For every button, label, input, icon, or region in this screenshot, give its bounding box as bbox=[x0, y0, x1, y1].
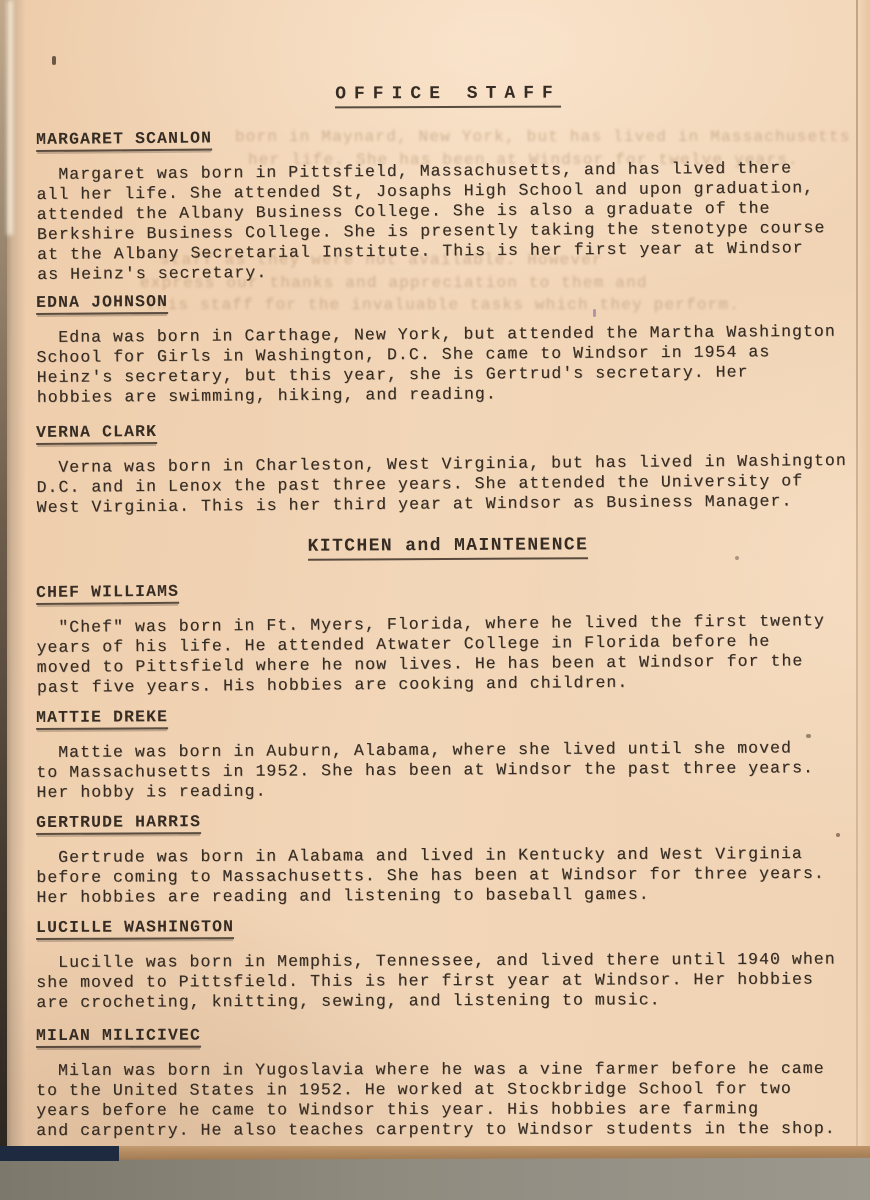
ink-speck bbox=[52, 56, 56, 65]
background-surface bbox=[0, 1157, 870, 1200]
staff-name-text: MATTIE DREKE bbox=[36, 707, 168, 730]
ink-speck bbox=[806, 734, 811, 738]
staff-entry: EDNA JOHNSON Edna was born in Carthage, … bbox=[36, 287, 836, 408]
staff-bio: Lucille was born in Memphis, Tennessee, … bbox=[36, 950, 836, 1013]
staff-entry: LUCILLE WASHINGTON Lucille was born in M… bbox=[36, 915, 836, 1013]
staff-name: MATTIE DREKE bbox=[36, 703, 814, 730]
staff-name-text: LUCILLE WASHINGTON bbox=[36, 917, 234, 940]
staff-bio: "Chef" was born in Ft. Myers, Florida, w… bbox=[36, 611, 825, 698]
staff-name: MARGARET SCANLON bbox=[36, 123, 825, 152]
section-title-text: OFFICE STAFF bbox=[335, 84, 561, 109]
staff-bio: Mattie was born in Auburn, Alabama, wher… bbox=[36, 738, 814, 803]
staff-name-text: EDNA JOHNSON bbox=[36, 292, 168, 315]
scanned-page: born in Maynard, New York, but has lived… bbox=[0, 0, 870, 1146]
staff-name: EDNA JOHNSON bbox=[36, 287, 836, 315]
staff-entry: MATTIE DREKE Mattie was born in Auburn, … bbox=[36, 703, 814, 803]
staff-bio: Edna was born in Carthage, New York, but… bbox=[36, 322, 836, 408]
staff-entry: VERNA CLARK Verna was born in Charleston… bbox=[36, 416, 847, 518]
staff-entry: MILAN MILICIVEC Milan was born in Yugosl… bbox=[36, 1024, 836, 1141]
staff-bio: Gertrude was born in Alabama and lived i… bbox=[36, 844, 825, 908]
staff-name-text: MARGARET SCANLON bbox=[36, 128, 212, 152]
staff-name: LUCILLE WASHINGTON bbox=[36, 915, 836, 940]
section-title-kitchen-maintenence: KITCHEN and MAINTENENCE bbox=[26, 534, 870, 562]
staff-name: VERNA CLARK bbox=[36, 416, 847, 445]
staff-name-text: CHEF WILLIAMS bbox=[36, 582, 179, 605]
ink-speck bbox=[593, 309, 596, 317]
staff-name-text: MILAN MILICIVEC bbox=[36, 1026, 201, 1048]
staff-entry: GERTRUDE HARRIS Gertrude was born in Ala… bbox=[36, 809, 825, 908]
staff-entry: CHEF WILLIAMS "Chef" was born in Ft. Mye… bbox=[36, 576, 825, 698]
staff-name: MILAN MILICIVEC bbox=[36, 1024, 836, 1048]
section-title-office-staff: OFFICE STAFF bbox=[26, 83, 870, 110]
staff-bio: Milan was born in Yugoslavia where he wa… bbox=[36, 1059, 836, 1141]
page-content: OFFICE STAFF MARGARET SCANLON Margaret w… bbox=[0, 0, 870, 1146]
staff-name: GERTRUDE HARRIS bbox=[36, 809, 825, 835]
section-title-text: KITCHEN and MAINTENENCE bbox=[308, 535, 589, 560]
staff-bio: Margaret was born in Pittsfield, Massach… bbox=[36, 158, 826, 285]
staff-entry: MARGARET SCANLON Margaret was born in Pi… bbox=[36, 123, 826, 285]
ink-speck bbox=[735, 556, 739, 560]
staff-name-text: VERNA CLARK bbox=[36, 422, 157, 445]
staff-name-text: GERTRUDE HARRIS bbox=[36, 812, 201, 835]
book-cover-edge bbox=[0, 1146, 119, 1161]
staff-bio: Verna was born in Charleston, West Virgi… bbox=[36, 451, 847, 518]
scanned-book-photo: born in Maynard, New York, but has lived… bbox=[0, 0, 870, 1200]
staff-name: CHEF WILLIAMS bbox=[36, 576, 825, 605]
ink-speck bbox=[836, 833, 840, 837]
